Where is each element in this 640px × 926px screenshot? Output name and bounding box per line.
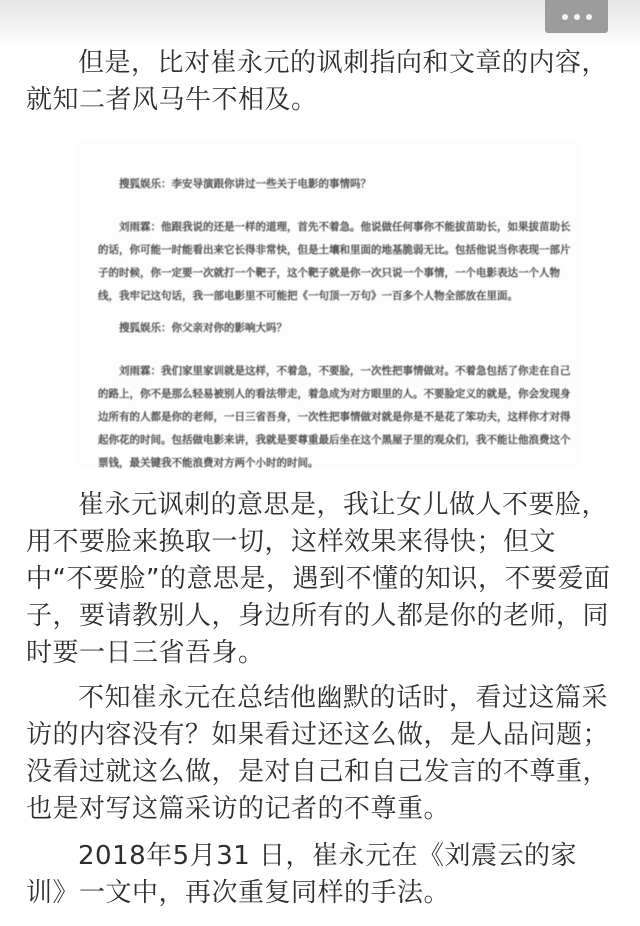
interview-answer: 刘雨霖：我们家里家训就是这样，不着急，不要脸，一次性把事情做对。不着急包括了你走… <box>98 360 578 475</box>
interview-answer: 刘雨霖：他跟我说的还是一样的道理，首先不着急。他说做任何事你不能拔苗助长，如果拔… <box>98 216 578 308</box>
ellipsis-icon <box>574 14 580 20</box>
interview-question: 搜狐娱乐：你父亲对你的影响大吗？ <box>98 317 578 340</box>
paragraph: 但是，比对崔永元的讽刺指向和文章的内容，就知二者风马牛不相及。 <box>26 45 616 119</box>
top-fade-bar <box>0 0 640 48</box>
embedded-interview-screenshot: 搜狐娱乐：李安导演跟你讲过一些关于电影的事情吗？ 刘雨霖：他跟我说的还是一样的道… <box>78 140 578 470</box>
paragraph: 崔永元讽刺的意思是，我让女儿做人不要脸，用不要脸来换取一切，这样效果来得快；但文… <box>26 487 616 672</box>
interview-question: 搜狐娱乐：李安导演跟你讲过一些关于电影的事情吗？ <box>98 173 578 196</box>
ellipsis-icon <box>562 14 568 20</box>
paragraph: 不知崔永元在总结他幽默的话时，看过这篇采访的内容没有？如果看过还这么做，是人品问… <box>26 680 616 828</box>
ellipsis-icon <box>586 14 592 20</box>
paragraph: 2018年5月31 日，崔永元在《刘震云的家训》一文中，再次重复同样的手法。 <box>26 838 616 912</box>
more-options-button[interactable] <box>545 0 608 33</box>
